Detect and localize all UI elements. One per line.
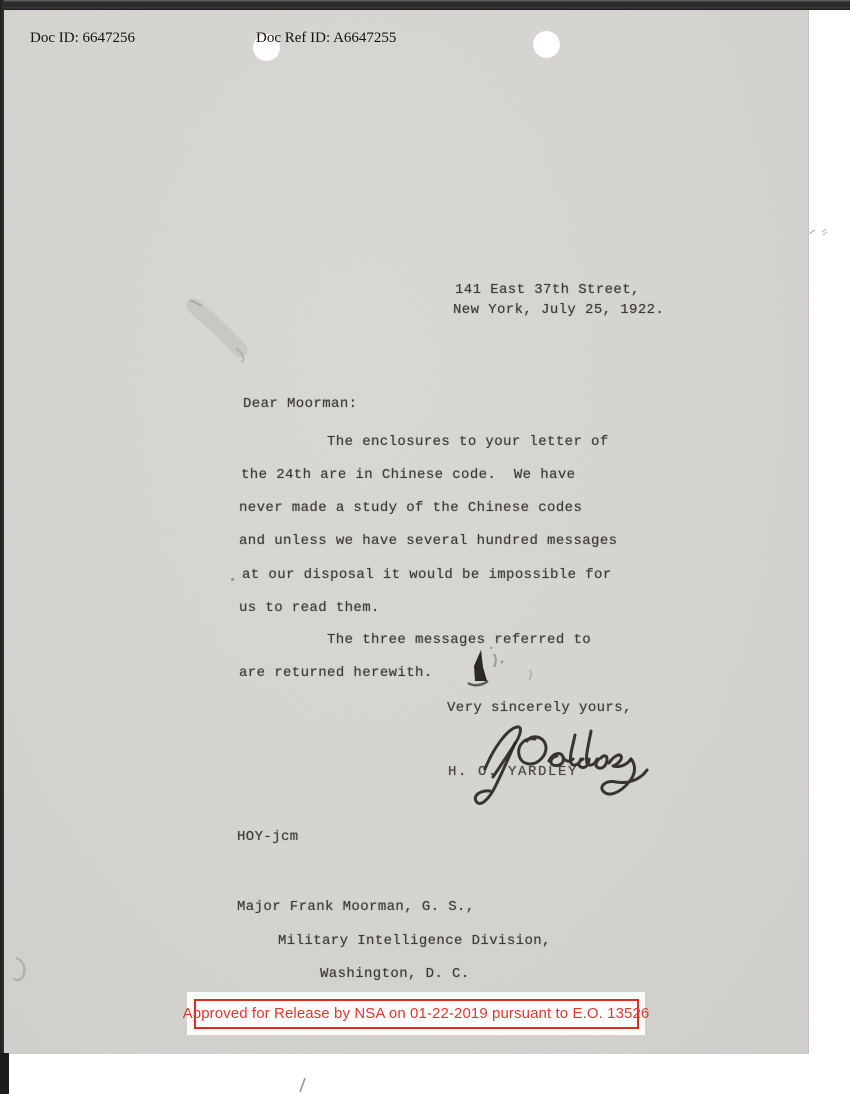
body-line: the 24th are in Chinese code. We have [241,468,575,482]
recipient-city-line: Washington, D. C. [320,967,470,981]
handwritten-signature-icon [463,721,655,807]
body-line: are returned herewith. [239,666,433,680]
doc-id-label: Doc ID: 6647256 [30,31,135,46]
scan-left-edge [0,0,4,1093]
scan-left-edge-foot [0,1053,9,1094]
recipient-org-line: Military Intelligence Division, [278,934,551,948]
salutation: Dear Moorman: [243,397,357,411]
hole-punch-right [533,31,560,58]
body-line: The three messages referred to [327,633,591,647]
sender-address-line: 141 East 37th Street, [455,283,640,297]
release-stamp-text: Approved for Release by NSA on 01-22-201… [183,1005,650,1022]
recipient-name-line: Major Frank Moorman, G. S., [237,900,475,914]
body-line: The enclosures to your letter of [327,435,609,449]
closing-line: Very sincerely yours, [447,701,632,715]
body-line: and unless we have several hundred messa… [239,534,617,548]
scanned-document: Doc ID: 6647256 Doc Ref ID: A6647255 141… [0,0,850,1100]
doc-ref-id-label: Doc Ref ID: A6647255 [256,31,396,46]
margin-specks [806,222,836,242]
scan-top-edge [0,0,850,10]
release-stamp-border: Approved for Release by NSA on 01-22-201… [194,999,639,1029]
typist-initials: HOY-jcm [237,830,299,844]
body-line: never made a study of the Chinese codes [239,501,582,515]
bottom-margin-mark [296,1075,312,1095]
body-line: at our disposal it would be impossible f… [242,568,612,582]
date-line: New York, July 25, 1922. [453,303,664,317]
scan-page [0,0,809,1054]
release-stamp: Approved for Release by NSA on 01-22-201… [187,992,645,1035]
body-line: us to read them. [239,601,380,615]
